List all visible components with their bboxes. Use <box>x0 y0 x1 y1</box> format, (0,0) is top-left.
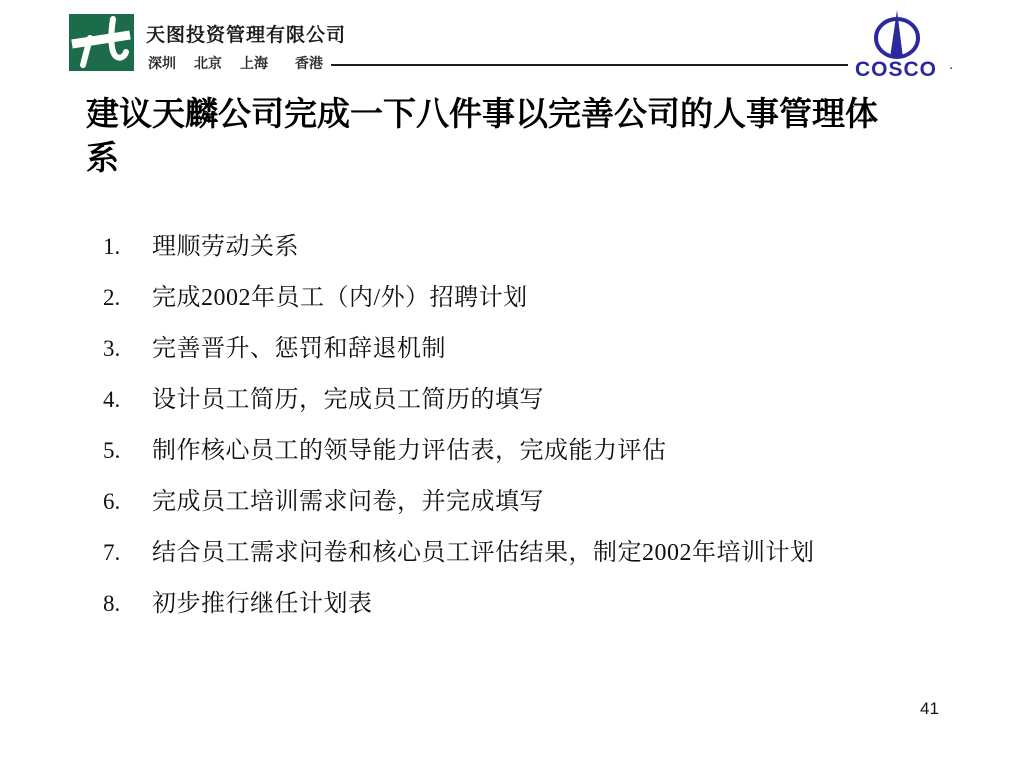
list-item-number: 4. <box>103 387 152 413</box>
cosco-wordmark: COSCO <box>855 58 937 81</box>
header-divider-line <box>331 64 848 66</box>
action-item-list: 1. 理顺劳动关系 2. 完成2002年员工（内/外）招聘计划 3. 完善晋升、… <box>103 226 983 634</box>
list-item: 3. 完善晋升、惩罚和辞退机制 <box>103 328 983 353</box>
list-item: 6. 完成员工培训需求问卷，并完成填写 <box>103 481 983 506</box>
list-item-number: 3. <box>103 336 152 362</box>
page-number: 41 <box>920 699 939 719</box>
list-item: 2. 完成2002年员工（内/外）招聘计划 <box>103 277 983 302</box>
slide-title: 建议天麟公司完成一下八件事以完善公司的人事管理体系 <box>86 92 956 180</box>
list-item-text: 完成员工培训需求问卷，并完成填写 <box>152 481 544 516</box>
cosco-trailing-period: . <box>949 56 953 73</box>
list-item-number: 8. <box>103 591 152 617</box>
list-item: 5. 制作核心员工的领导能力评估表，完成能力评估 <box>103 430 983 455</box>
list-item-text: 完善晋升、惩罚和辞退机制 <box>152 328 446 363</box>
office-cities: 深圳 北京 上海 香港 <box>148 53 323 73</box>
slide-header: 天图投资管理有限公司 深圳 北京 上海 香港 COSCO . <box>0 0 1024 90</box>
city-shanghai: 上海 <box>240 53 268 73</box>
list-item: 1. 理顺劳动关系 <box>103 226 983 251</box>
list-item-text: 结合员工需求问卷和核心员工评估结果，制定2002年培训计划 <box>152 532 815 567</box>
tiantu-logo-icon <box>69 14 134 71</box>
city-shenzhen: 深圳 <box>148 53 176 73</box>
list-item-text: 制作核心员工的领导能力评估表，完成能力评估 <box>152 430 667 465</box>
list-item: 4. 设计员工简历，完成员工简历的填写 <box>103 379 983 404</box>
slide-title-line1: 建议天麟公司完成一下八件事以完善公司的人事管理体 <box>86 95 878 132</box>
list-item-number: 6. <box>103 489 152 515</box>
list-item-number: 7. <box>103 540 152 566</box>
slide-title-line2: 系 <box>86 139 119 176</box>
cosco-logo-icon: COSCO <box>845 10 947 82</box>
list-item-text: 完成2002年员工（内/外）招聘计划 <box>152 277 528 312</box>
list-item-text: 初步推行继任计划表 <box>152 583 373 618</box>
city-hongkong: 香港 <box>295 53 323 73</box>
list-item: 7. 结合员工需求问卷和核心员工评估结果，制定2002年培训计划 <box>103 532 983 557</box>
city-beijing: 北京 <box>194 53 222 73</box>
list-item-number: 1. <box>103 234 152 260</box>
list-item-number: 2. <box>103 285 152 311</box>
list-item-text: 设计员工简历，完成员工简历的填写 <box>152 379 544 414</box>
list-item-text: 理顺劳动关系 <box>152 226 299 261</box>
company-name: 天图投资管理有限公司 <box>146 20 346 47</box>
list-item-number: 5. <box>103 438 152 464</box>
list-item: 8. 初步推行继任计划表 <box>103 583 983 608</box>
